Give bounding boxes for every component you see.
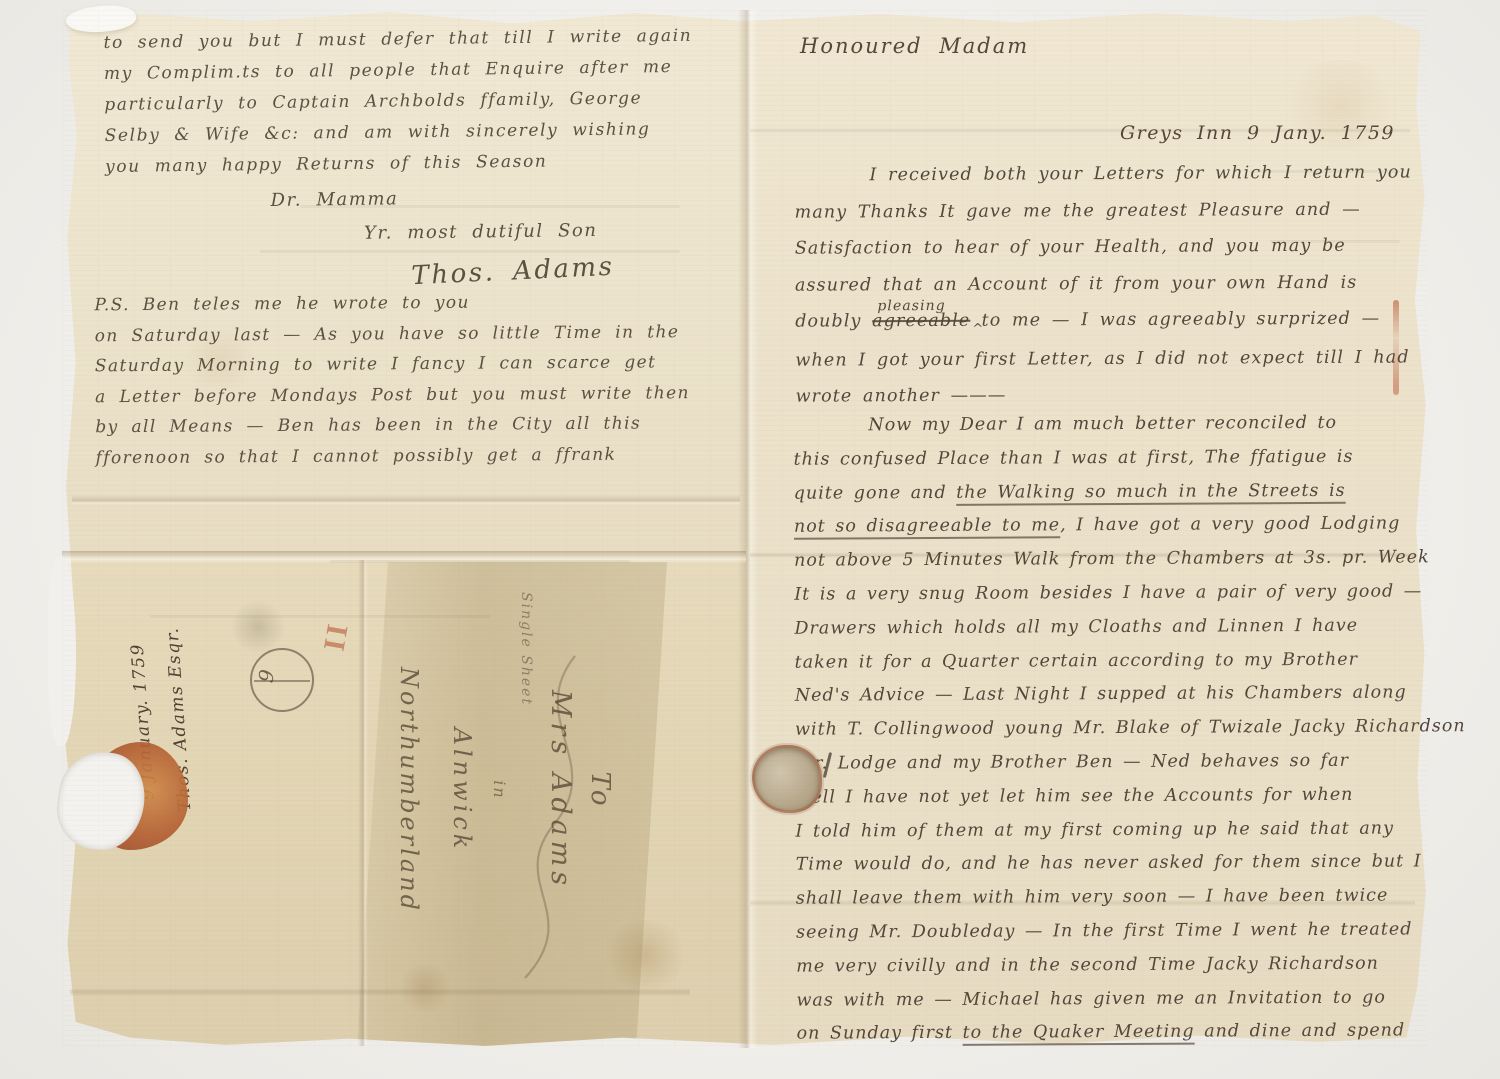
seal-hole-right-page bbox=[752, 745, 822, 813]
manuscript-segment: on Sunday first bbox=[797, 1023, 963, 1044]
manuscript-line: doubly agreeable^pleasing to me — I was … bbox=[795, 300, 1435, 342]
manuscript-line: It is a very snug Room besides I have a … bbox=[794, 575, 1439, 612]
address-panel-vertical-fold bbox=[358, 560, 368, 1046]
manuscript-line: many Thanks It gave me the greatest Plea… bbox=[795, 191, 1435, 231]
show-through-mark bbox=[330, 560, 630, 563]
manuscript-segment: I received both your Letters for which I… bbox=[869, 162, 1412, 185]
left-page-horizontal-crease bbox=[72, 495, 740, 505]
manuscript-line: fforenoon so that I cannot possibly get … bbox=[95, 438, 755, 473]
address-county: Northumberland bbox=[380, 570, 438, 1010]
letter-paragraph-1: I received both your Letters for which I… bbox=[794, 154, 1435, 415]
paper-tear-left-edge bbox=[48, 556, 76, 746]
manuscript-line: you many happy Returns of this Season bbox=[105, 144, 755, 183]
manuscript-line: when I got your first Letter, as I did n… bbox=[795, 339, 1435, 379]
letter-paragraph-2: Now my Dear I am much better reconciled … bbox=[793, 406, 1441, 1052]
bishop-postmark: 9 bbox=[250, 648, 314, 712]
manuscript-line: Saturday Morning to write I fancy I can … bbox=[95, 347, 755, 382]
manuscript-line: quite gone and the Walking so much in th… bbox=[794, 474, 1439, 511]
manuscript-line: Ned's Advice — Last Night I supped at hi… bbox=[795, 677, 1440, 714]
manuscript-line: on Saturday last — As you have so little… bbox=[95, 316, 755, 351]
manuscript-line: not above 5 Minutes Walk from the Chambe… bbox=[794, 542, 1439, 579]
manuscript-line: Mr. Lodge and my Brother Ben — Ned behav… bbox=[795, 744, 1440, 781]
manuscript-line: taken it for a Quarter certain according… bbox=[795, 643, 1440, 680]
postscript-text: P.S. Ben teles me he wrote to youon Satu… bbox=[94, 286, 755, 474]
manuscript-segment: and dine and spend bbox=[1195, 1021, 1406, 1042]
manuscript-line: I received both your Letters for which I… bbox=[794, 154, 1434, 194]
manuscript-line: a Letter before Mondays Post but you mus… bbox=[95, 377, 755, 412]
manuscript-line: I told him of them at my first coming up… bbox=[795, 812, 1440, 849]
manuscript-line: Drawers which holds all my Cloaths and L… bbox=[794, 609, 1439, 646]
manuscript-line: me very civilly and in the second Time J… bbox=[796, 947, 1441, 984]
pen-flourish bbox=[470, 648, 600, 988]
manuscript-line: shall leave them with him very soon — I … bbox=[796, 879, 1441, 916]
letter-salutation: Honoured Madam bbox=[800, 34, 1500, 58]
manuscript-line: P.S. Ben teles me he wrote to you bbox=[94, 286, 754, 321]
manuscript-line: not so disagreeable to me, I have got a … bbox=[794, 508, 1439, 545]
postscript-lines: P.S. Ben teles me he wrote to youon Satu… bbox=[94, 286, 755, 474]
manuscript-line: Time would do, and he has never asked fo… bbox=[796, 846, 1441, 883]
manuscript-line: this confused Place than I was at first,… bbox=[794, 440, 1439, 477]
manuscript-line: with T. Collingwood young Mr. Blake of T… bbox=[795, 710, 1440, 747]
manuscript-segment: pleasing bbox=[877, 288, 946, 325]
manuscript-segment: Now my Dear I am much better reconciled … bbox=[868, 413, 1337, 435]
manuscript-segment: to me — I was agreeably surprized — bbox=[971, 309, 1380, 331]
postmark-day: 9 bbox=[253, 668, 279, 685]
manuscript-segment: not so disagreeable to me bbox=[794, 516, 1060, 537]
manuscript-line: on Sunday first to the Quaker Meeting an… bbox=[797, 1015, 1442, 1052]
letter-scan-stage: to send you but I must defer that till I… bbox=[0, 0, 1500, 1079]
manuscript-line: well I have not yet let him see the Acco… bbox=[795, 778, 1440, 815]
manuscript-segment: to the Quaker Meeting bbox=[963, 1022, 1195, 1043]
manuscript-line: Satisfaction to hear of your Health, and… bbox=[795, 227, 1435, 267]
manuscript-line: seeing Mr. Doubleday — In the first Time… bbox=[796, 913, 1441, 950]
manuscript-segment: the Walking so much in the Streets is bbox=[956, 480, 1346, 502]
letter-dateline: Greys Inn 9 Jany. 1759 bbox=[795, 122, 1413, 144]
left-page-closing-text: to send you but I must defer that till I… bbox=[103, 20, 756, 294]
postal-rate-stamp: II bbox=[315, 622, 354, 657]
left-page-body-lines: to send you but I must defer that till I… bbox=[103, 20, 755, 183]
manuscript-line: Now my Dear I am much better reconciled … bbox=[793, 406, 1438, 443]
manuscript-segment: doubly bbox=[795, 311, 872, 331]
manuscript-line: was with me — Michael has given me an In… bbox=[796, 981, 1441, 1018]
manuscript-line: by all Means — Ben has been in the City … bbox=[95, 408, 755, 443]
manuscript-segment: quite gone and bbox=[794, 482, 957, 503]
manuscript-segment: , I have got a very good Lodging bbox=[1060, 514, 1400, 536]
